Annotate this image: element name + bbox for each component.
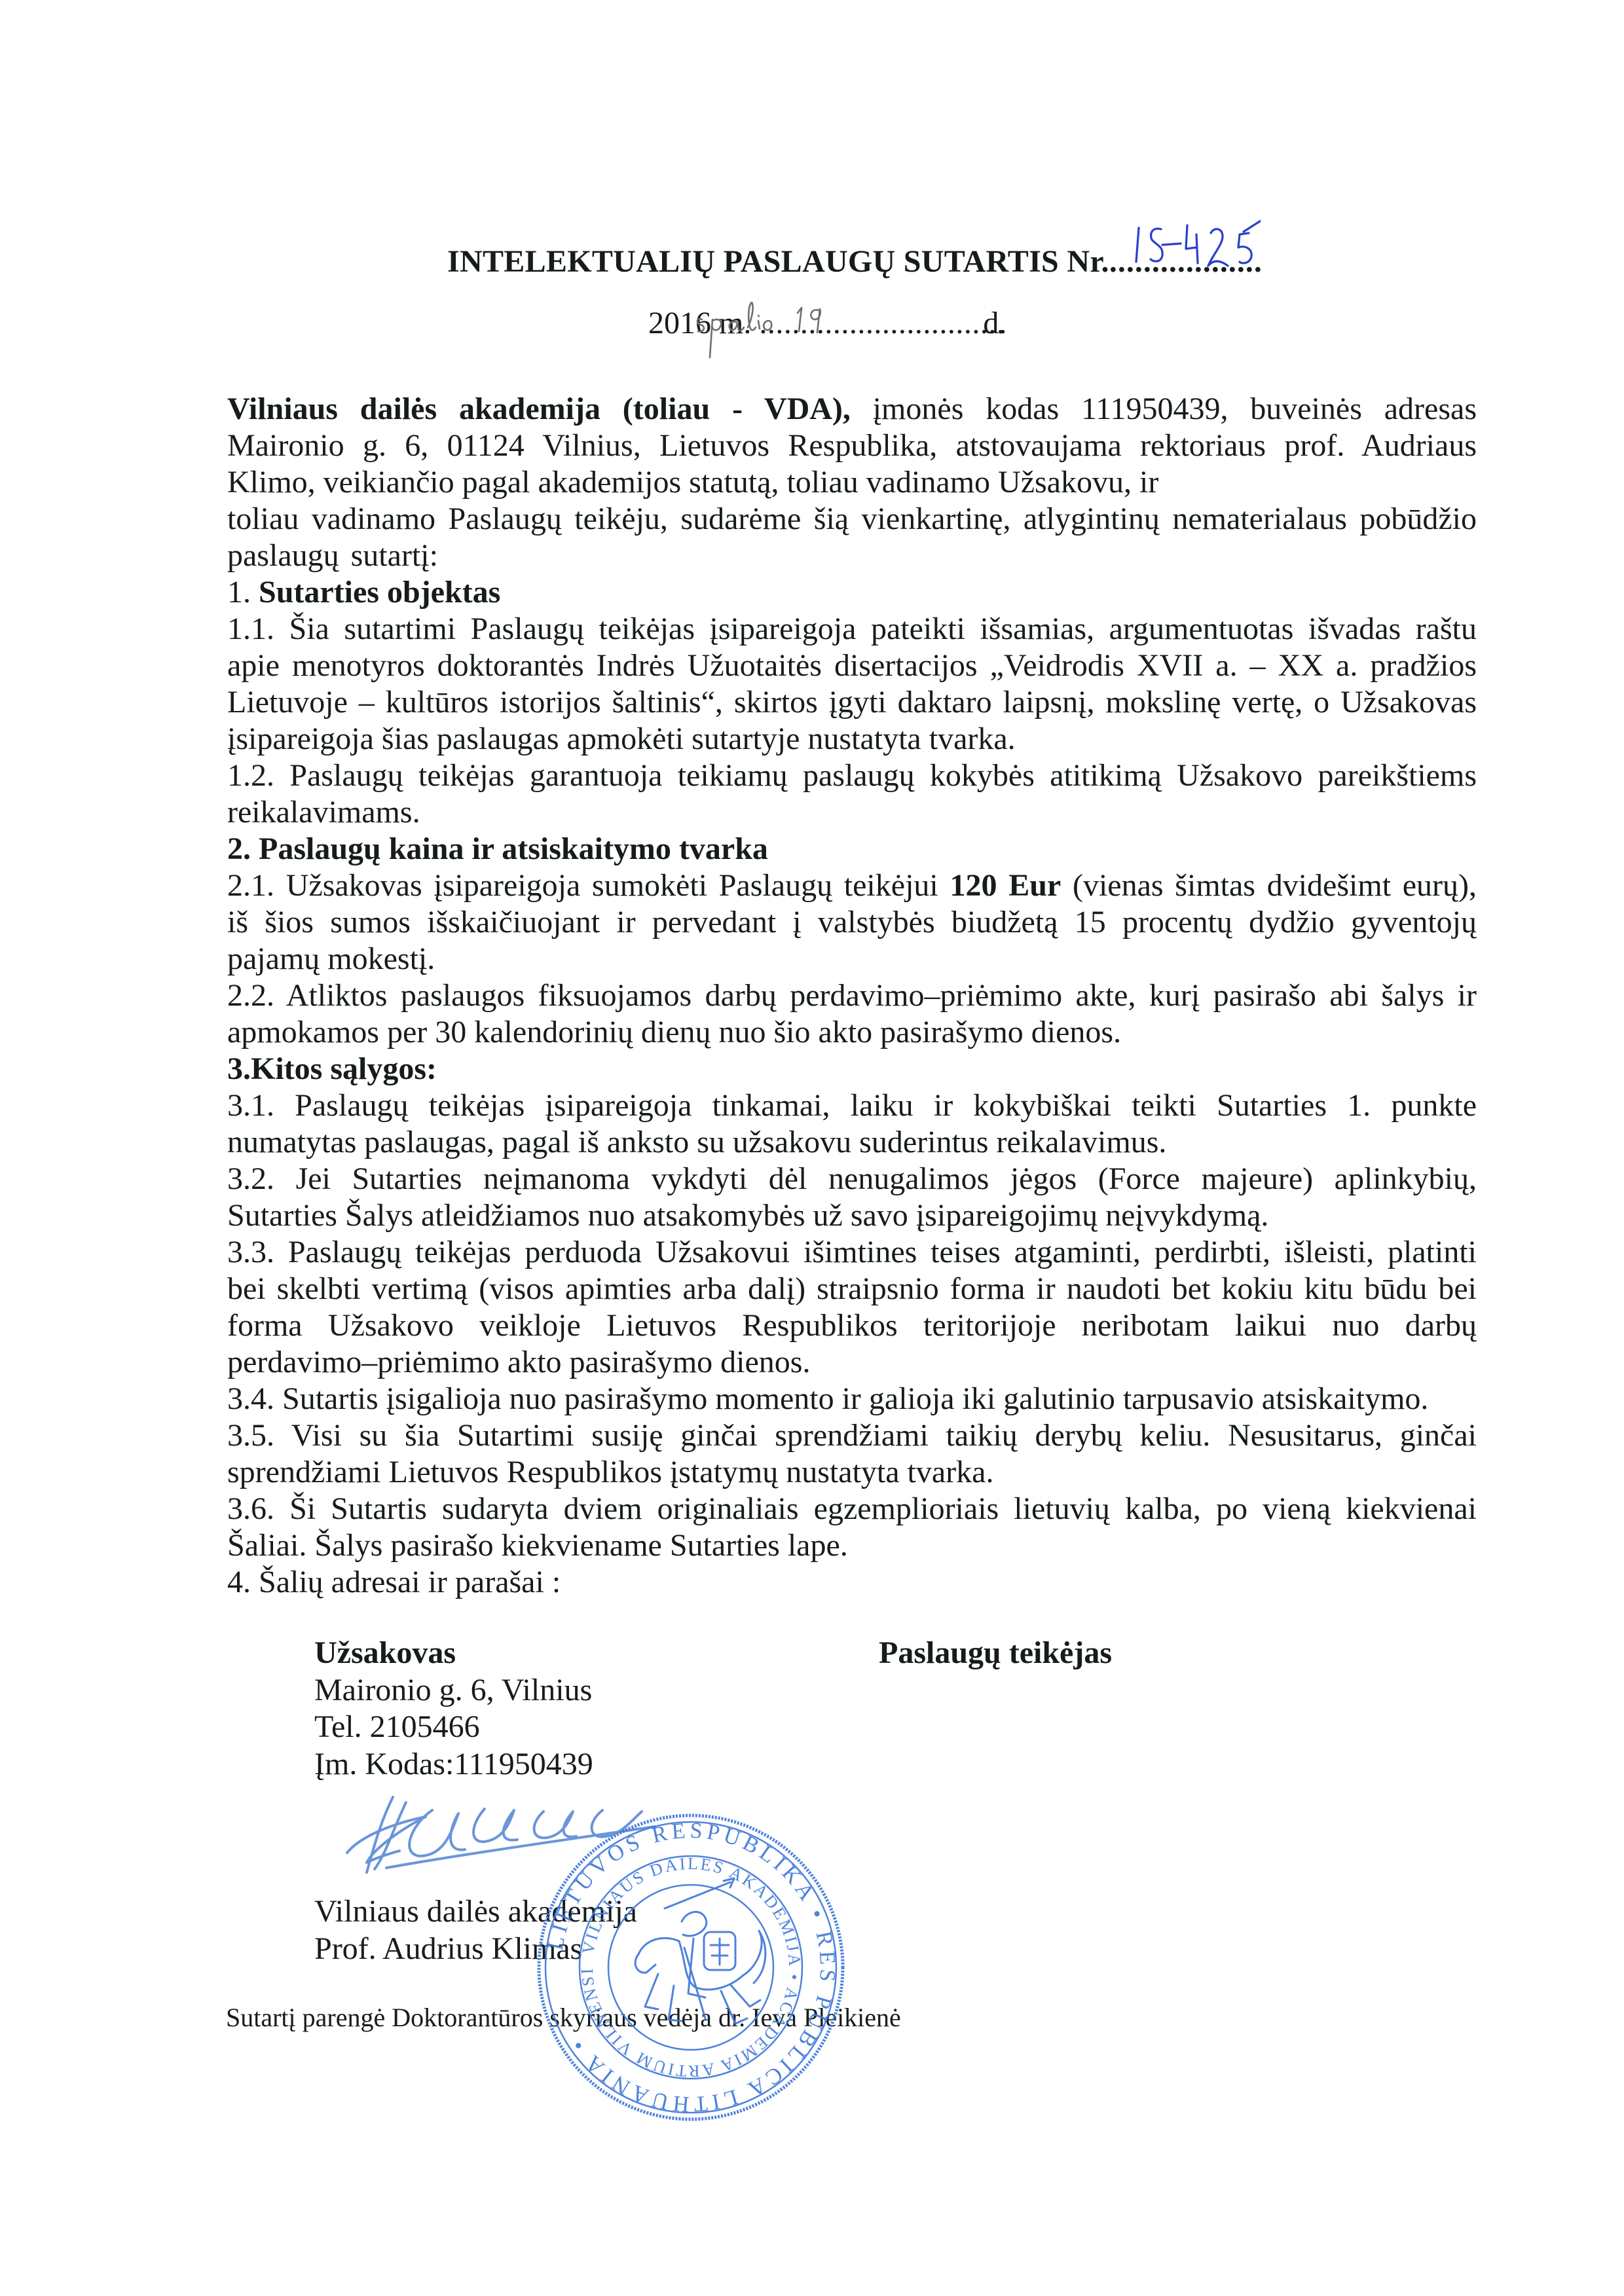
handwritten-date: spalio 19 <box>693 293 857 359</box>
provider-label: Paslaugų teikėjas <box>879 1635 1112 1671</box>
intro-line-1: Vilniaus dailės akademija (toliau - VDA)… <box>227 391 1477 428</box>
clause-3-2-line-2: Sutarties Šalys atleidžiamos nuo atsakom… <box>227 1197 1477 1234</box>
intro-line-4: toliau vadinamo Paslaugų teikėju, sudarė… <box>227 501 1477 538</box>
section-4: 4. Šalių adresai ir parašai : <box>227 1564 1477 1601</box>
clause-3-3-line-2: bei skelbti vertimą (visos apimties arba… <box>227 1271 1477 1307</box>
section-3-heading: 3.Kitos sąlygos: <box>227 1051 1477 1087</box>
party-vda-bold: Vilniaus dailės akademija (toliau - VDA)… <box>227 392 851 426</box>
section-1-title: Sutarties objektas <box>259 575 500 610</box>
title-text: INTELEKTUALIŲ PASLAUGŲ SUTARTIS Nr. <box>447 244 1109 279</box>
clause-1-2-line-1: 1.2. Paslaugų teikėjas garantuoja teikia… <box>227 757 1477 794</box>
payment-amount: 120 Eur <box>950 868 1061 903</box>
intro-line-3: Klimo, veikiančio pagal akademijos statu… <box>227 464 1477 501</box>
clause-2-1-line-1: 2.1. Užsakovas įsipareigoja sumokėti Pas… <box>227 867 1477 904</box>
handwritten-contract-number: 15-425 <box>1123 216 1261 268</box>
contract-body: Vilniaus dailės akademija (toliau - VDA)… <box>227 391 1477 1601</box>
clause-3-5-line-1: 3.5. Visi su šia Sutartimi susiję ginčai… <box>227 1417 1477 1454</box>
clause-2-2-line-1: 2.2. Atliktos paslaugos fiksuojamos darb… <box>227 977 1477 1014</box>
intro-line-1-rest: įmonės kodas 111950439, buveinės adresas <box>873 392 1477 426</box>
clause-3-1-line-2: numatytas paslaugas, pagal iš anksto su … <box>227 1124 1477 1161</box>
section-2-heading: 2. Paslaugų kaina ir atsiskaitymo tvarka <box>227 831 1477 867</box>
intro-line-5: paslaugų sutartį: <box>227 538 1477 574</box>
clause-3-5-line-2: sprendžiami Lietuvos Respublikos įstatym… <box>227 1454 1477 1491</box>
clause-3-3-line-4: perdavimo–priėmimo akto pasirašymo dieno… <box>227 1344 1477 1381</box>
clause-2-1-line-2: iš šios sumos išskaičiuojant ir pervedan… <box>227 904 1477 941</box>
clause-2-1-text-b: (vienas šimtas dvidešimt eurų), <box>1073 868 1477 903</box>
clause-1-1-line-3: Lietuvoje – kultūros istorijos šaltinis“… <box>227 684 1477 721</box>
clause-3-6-line-1: 3.6. Ši Sutartis sudaryta dviem original… <box>227 1491 1477 1527</box>
contract-page: INTELEKTUALIŲ PASLAUGŲ SUTARTIS Nr......… <box>0 0 1624 2296</box>
section-1-number: 1. <box>227 575 251 610</box>
section-1-heading: 1. Sutarties objektas <box>227 574 1477 611</box>
customer-phone: Tel. 2105466 <box>314 1709 593 1746</box>
clause-2-2-line-2: apmokamos per 30 kalendorinių dienų nuo … <box>227 1014 1477 1051</box>
clause-3-1-line-1: 3.1. Paslaugų teikėjas įsipareigoja tink… <box>227 1087 1477 1124</box>
customer-address: Maironio g. 6, Vilnius <box>314 1672 593 1709</box>
section-4-heading: 4. Šalių adresai ir parašai : <box>227 1564 1477 1601</box>
clause-3-3-line-3: forma Užsakovo veikloje Lietuvos Respubl… <box>227 1307 1477 1344</box>
customer-details: Užsakovas Maironio g. 6, Vilnius Tel. 21… <box>314 1635 593 1783</box>
section-1: 1. Sutarties objektas 1.1. Šia sutartimi… <box>227 574 1477 831</box>
intro-line-2: Maironio g. 6, 01124 Vilnius, Lietuvos R… <box>227 428 1477 464</box>
section-2: 2. Paslaugų kaina ir atsiskaitymo tvarka… <box>227 831 1477 1051</box>
clause-1-2-line-2: reikalavimams. <box>227 794 1477 831</box>
clause-1-1-line-1: 1.1. Šia sutartimi Paslaugų teikėjas įsi… <box>227 611 1477 647</box>
clause-1-1-line-2: apie menotyros doktorantės Indrės Užuota… <box>227 647 1477 684</box>
clause-3-3-line-1: 3.3. Paslaugų teikėjas perduoda Užsakovu… <box>227 1234 1477 1271</box>
clause-3-2-line-1: 3.2. Jei Sutarties neįmanoma vykdyti dėl… <box>227 1161 1477 1197</box>
customer-company-code: Įm. Kodas:111950439 <box>314 1746 593 1783</box>
section-3: 3.Kitos sąlygos: 3.1. Paslaugų teikėjas … <box>227 1051 1477 1564</box>
clause-3-6-line-2: Šaliai. Šalys pasirašo kiekviename Sutar… <box>227 1527 1477 1564</box>
clause-2-1-text-a: 2.1. Užsakovas įsipareigoja sumokėti Pas… <box>227 868 938 903</box>
clause-3-4: 3.4. Sutartis įsigalioja nuo pasirašymo … <box>227 1381 1477 1417</box>
official-stamp-icon: LIETUVOS RESPUBLIKA • RES PUBLICA LITHUA… <box>534 1810 848 2124</box>
clause-1-1-line-4: įsipareigoja šias paslaugas apmokėti sut… <box>227 721 1477 757</box>
clause-2-1-line-3: pajamų mokestį. <box>227 941 1477 977</box>
customer-label: Užsakovas <box>314 1635 593 1672</box>
intro-paragraph: Vilniaus dailės akademija (toliau - VDA)… <box>227 391 1477 574</box>
